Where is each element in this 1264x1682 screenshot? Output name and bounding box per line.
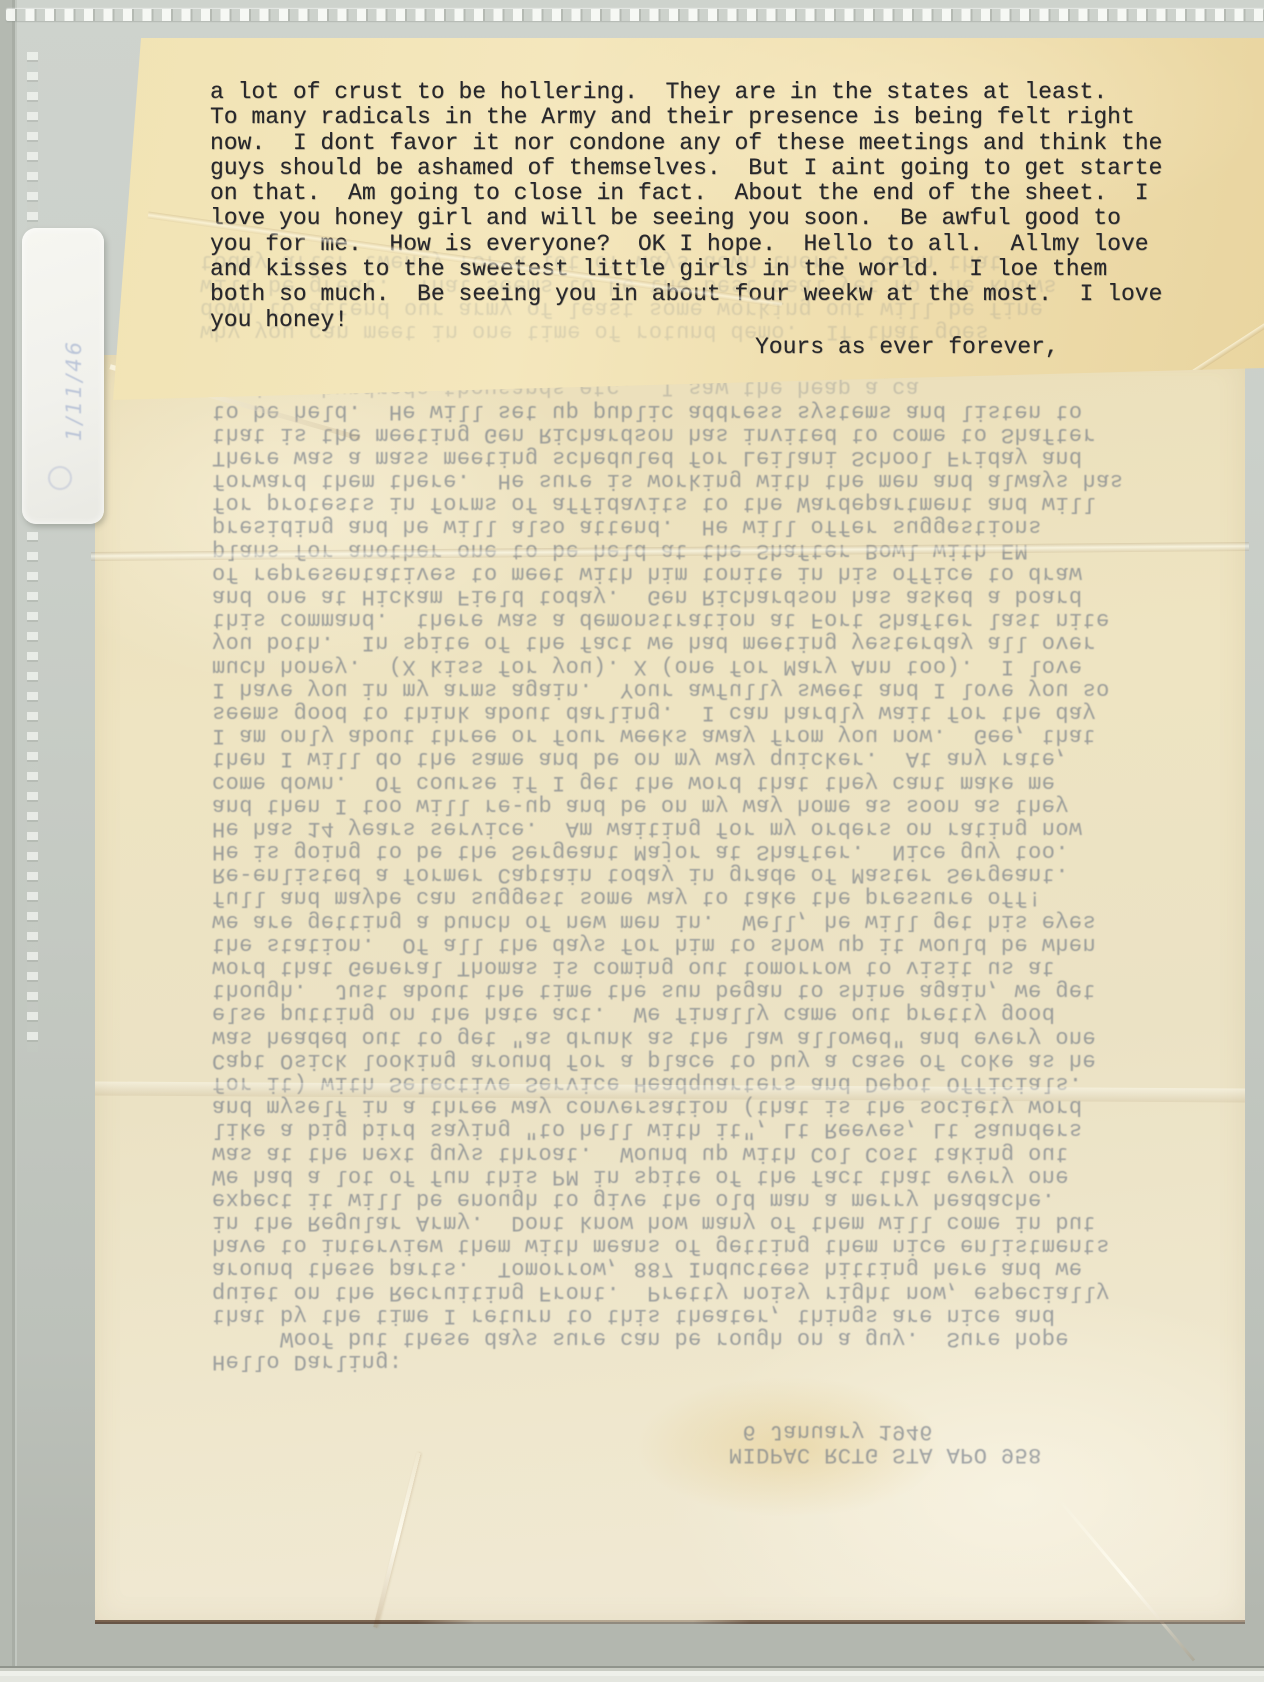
scan-left-edge	[0, 0, 17, 1682]
showthrough-line: and myself in a three way conversation (…	[212, 1095, 1227, 1118]
showthrough-line: come down. Of course if I get the word t…	[212, 770, 1227, 793]
typed-letter-text: a lot of crust to be hollering. They are…	[210, 80, 1210, 402]
showthrough-line: of representatives to meet with him toni…	[212, 562, 1227, 585]
typed-line: you honey!	[210, 308, 1210, 333]
showthrough-line: to be held. He will set up public addres…	[212, 399, 1227, 422]
sheet-protector-top-perforations	[6, 9, 1264, 21]
scanner-bottom-strip	[0, 1666, 1264, 1682]
showthrough-line: He has 14 years service. Am waiting for …	[212, 817, 1227, 840]
typed-line: a lot of crust to be hollering. They are…	[210, 80, 1210, 105]
showthrough-line: this command. there was a demonstration …	[212, 608, 1227, 631]
showthrough-line	[212, 1396, 1227, 1419]
showthrough-line: then I will do the same and be on my way…	[212, 747, 1227, 770]
typed-line: now. I dont favor it nor condone any of …	[210, 131, 1210, 156]
sheet-protector-left-perforations	[27, 52, 38, 1052]
showthrough-line: we are getting a bunch of new men in. We…	[212, 909, 1227, 932]
typed-line: on that. Am going to close in fact. Abou…	[210, 181, 1210, 206]
showthrough-line: was headed out to get "as drunk as the l…	[212, 1025, 1227, 1048]
showthrough-line: MIDPAC RCTG STA APO 958	[212, 1443, 1227, 1466]
showthrough-line: have to interview them with means of get…	[212, 1234, 1227, 1257]
showthrough-line: Capt Osick looking around for a place to…	[212, 1048, 1227, 1071]
showthrough-line: plans for another one to be held at the …	[212, 538, 1227, 561]
showthrough-line: seems good to think about darling. I can…	[212, 701, 1227, 724]
showthrough-line: you both. In spite of the fact we had me…	[212, 631, 1227, 654]
typed-line: love you honey girl and will be seeing y…	[210, 206, 1210, 231]
showthrough-line: that by the time I return to this theate…	[212, 1304, 1227, 1327]
showthrough-line: I am only about three or four weeks away…	[212, 724, 1227, 747]
showthrough-line: There was a mass meeting scheduled for L…	[212, 446, 1227, 469]
typed-line: guys should be ashamed of themselves. Bu…	[210, 156, 1210, 181]
showthrough-line: in the Regular Army. Dont know how many …	[212, 1211, 1227, 1234]
archival-label-tab: 1/11/46	[22, 228, 104, 524]
showthrough-line: Woof but these days sure can be rough on…	[212, 1327, 1227, 1350]
paper-crease	[1058, 1499, 1195, 1662]
showthrough-line: I have you in my arms again. Your awfull…	[212, 677, 1227, 700]
showthrough-line: else putting on the hate act. We finally…	[212, 1002, 1227, 1025]
showthrough-line: though. Just about the time the sun bega…	[212, 979, 1227, 1002]
showthrough-line: expect it will be enough to give the old…	[212, 1188, 1227, 1211]
showthrough-line: that is the meeting Gen Richardson has i…	[212, 422, 1227, 445]
typed-line: you for me. How is everyone? OK I hope. …	[210, 232, 1210, 257]
typed-line: To many radicals in the Army and their p…	[210, 105, 1210, 130]
showthrough-line: much honey. (X kiss for you). X (one for…	[212, 654, 1227, 677]
letter-page-reverse-sheet: MIDPAC RCTG STA APO 958 6 January 1946 H…	[95, 355, 1245, 1622]
closing-line: Yours as ever forever,	[755, 335, 1210, 360]
reverse-showthrough-text: MIDPAC RCTG STA APO 958 6 January 1946 H…	[212, 376, 1227, 1466]
showthrough-line: We had a lot of fun this PM in spite of …	[212, 1164, 1227, 1187]
showthrough-line	[212, 1373, 1227, 1396]
scanned-letter-page: { "label": { "handwriting": "1/11/46", "…	[0, 0, 1264, 1682]
label-circle-mark	[48, 466, 72, 490]
showthrough-line: like a big bird saying "to hell with it"…	[212, 1118, 1227, 1141]
showthrough-line: the station. Of all the days for him to …	[212, 933, 1227, 956]
typed-line: and kisses to the sweetest little girls …	[210, 257, 1210, 282]
showthrough-line: for it) with Selective Service Headquart…	[212, 1072, 1227, 1095]
showthrough-line: forward them there. He sure is working w…	[212, 469, 1227, 492]
showthrough-line: and one at Hickam Field today. Gen Richa…	[212, 585, 1227, 608]
paper-crease	[373, 1452, 420, 1628]
showthrough-line: for protests in forms of affidavits to t…	[212, 492, 1227, 515]
letter-page-front-sheet: why you can meet in one time of rotund d…	[105, 38, 1264, 400]
showthrough-line: presiding and he will also attend. He wi…	[212, 515, 1227, 538]
showthrough-line: and then I too will re-up and be on my w…	[212, 793, 1227, 816]
showthrough-line: full and maybe can suggest some way to t…	[212, 886, 1227, 909]
typed-line: both so much. Be seeing you in about fou…	[210, 282, 1210, 307]
showthrough-line: Re-enlisted a former Captain today in gr…	[212, 863, 1227, 886]
label-handwriting: 1/11/46	[62, 310, 86, 470]
showthrough-line: quiet on the Recruiting Front. Pretty no…	[212, 1280, 1227, 1303]
showthrough-line: He is going to be the Sergeant Major at …	[212, 840, 1227, 863]
showthrough-line: 6 January 1946	[212, 1419, 1227, 1442]
showthrough-line: around these parts. Tomorrow, 887 Induct…	[212, 1257, 1227, 1280]
paper-bottom-edge	[95, 1620, 1245, 1624]
showthrough-line: was at the next guys throat. Wound up wi…	[212, 1141, 1227, 1164]
typed-paragraph: a lot of crust to be hollering. They are…	[210, 80, 1210, 333]
showthrough-line: word that General Thomas is coming out t…	[212, 956, 1227, 979]
showthrough-line: Hello Darling:	[212, 1350, 1227, 1373]
